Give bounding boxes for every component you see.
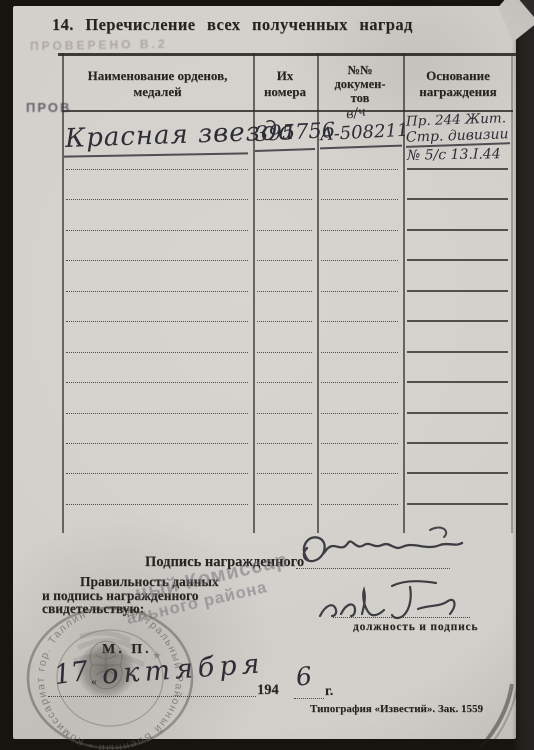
table-cell xyxy=(317,231,403,261)
table-row xyxy=(62,200,513,230)
row-rule xyxy=(321,504,398,505)
header-label-line: докумен- xyxy=(334,77,385,91)
header-cell-name: Наименование орденов, медалей xyxy=(62,57,253,110)
table-row xyxy=(62,170,513,200)
table-cell xyxy=(62,261,253,291)
table-cell xyxy=(253,353,317,383)
header-label-line: медалей xyxy=(133,84,181,100)
table-cell xyxy=(317,383,403,413)
table-cell xyxy=(403,414,513,444)
table-cell xyxy=(253,170,317,200)
table-cell xyxy=(253,261,317,291)
table-cell xyxy=(62,383,253,413)
date-year-printed: 194 xyxy=(257,682,279,699)
table-cell xyxy=(403,292,513,322)
table-cell xyxy=(62,353,253,383)
table-cell xyxy=(403,474,513,504)
table-cell xyxy=(253,322,317,352)
table-cell xyxy=(317,414,403,444)
table-cell xyxy=(253,474,317,504)
table-row xyxy=(62,261,513,291)
table-cell xyxy=(317,353,403,383)
table-row xyxy=(62,444,513,474)
table-cell xyxy=(403,353,513,383)
table-cell xyxy=(253,200,317,230)
table-row xyxy=(62,292,513,322)
table-cell xyxy=(403,200,513,230)
header-label-line: номера xyxy=(264,84,306,100)
table-cell xyxy=(62,474,253,504)
table-cell xyxy=(317,170,403,200)
date-era-suffix: г. xyxy=(325,684,333,700)
header-label-line: тов xyxy=(351,91,370,105)
photo-frame: 14. Перечисление всех полученных наград … xyxy=(0,0,534,750)
table-cell xyxy=(317,322,403,352)
table-header-row: Наименование орденов, медалей Их номера … xyxy=(62,57,513,110)
table-cell xyxy=(62,322,253,352)
header-label-line: №№ xyxy=(347,63,372,77)
table-cell xyxy=(253,444,317,474)
table-cell xyxy=(62,414,253,444)
paper-crease xyxy=(460,680,534,750)
table-cell xyxy=(317,474,403,504)
table-cell xyxy=(403,170,513,200)
table-cell xyxy=(317,261,403,291)
header-label-line: Наименование орденов, xyxy=(88,68,228,84)
table-row xyxy=(62,414,513,444)
header-cell-basis: Основание награждения xyxy=(403,57,513,110)
date-year-digit: 6 xyxy=(295,661,314,692)
table-cell xyxy=(62,200,253,230)
recipient-signature xyxy=(288,524,464,574)
section-title: 14. Перечисление всех полученных наград xyxy=(52,15,413,35)
awards-table: Наименование орденов, медалей Их номера … xyxy=(62,53,513,533)
date-quote-mark: « xyxy=(91,674,97,689)
table-row xyxy=(62,322,513,352)
table-cell xyxy=(62,444,253,474)
table-row xyxy=(62,383,513,413)
table-cell xyxy=(403,231,513,261)
verified-stamp-fragment: ПРОВЕРЕНО В.2 xyxy=(30,37,168,53)
table-cell xyxy=(403,261,513,291)
torn-right-edge xyxy=(512,0,534,750)
table-top-border xyxy=(58,53,517,56)
header-cell-document: №№ докумен- тов xyxy=(317,57,403,110)
seal-place-label: М. П. xyxy=(102,642,152,658)
row-rule xyxy=(66,504,248,505)
table-cell xyxy=(403,322,513,352)
table-cell xyxy=(253,383,317,413)
table-cell xyxy=(253,414,317,444)
official-signature xyxy=(312,574,464,626)
table-row xyxy=(62,231,513,261)
header-label-line: Их xyxy=(277,68,294,84)
date-rule-line xyxy=(48,696,256,697)
row-rule xyxy=(257,504,312,505)
header-label-line: Основание xyxy=(426,68,490,84)
table-cell xyxy=(62,292,253,322)
table-cell xyxy=(253,292,317,322)
table-row xyxy=(62,353,513,383)
table-cell xyxy=(253,231,317,261)
printer-note: Типография «Известий». Зак. 1559 xyxy=(310,703,483,715)
table-cell xyxy=(317,292,403,322)
table-cell xyxy=(403,444,513,474)
verified-stamp-fragment: ПРОВ xyxy=(26,100,71,115)
table-row-entry: Красная звезда 395756 в/ч А-508211 Пр. 2… xyxy=(62,112,513,170)
header-label-line: награждения xyxy=(419,84,496,100)
date-rule-line xyxy=(294,698,324,699)
table-cell xyxy=(317,444,403,474)
table-cell xyxy=(62,170,253,200)
empty-rows xyxy=(62,170,513,505)
row-rule xyxy=(407,503,508,505)
table-cell xyxy=(62,231,253,261)
table-cell xyxy=(403,383,513,413)
header-cell-number: Их номера xyxy=(253,57,317,110)
date-day: 17 xyxy=(52,656,90,691)
table-cell xyxy=(317,200,403,230)
table-row xyxy=(62,474,513,504)
entry-basis-line: № 5/с 13.I.44 xyxy=(407,146,501,164)
